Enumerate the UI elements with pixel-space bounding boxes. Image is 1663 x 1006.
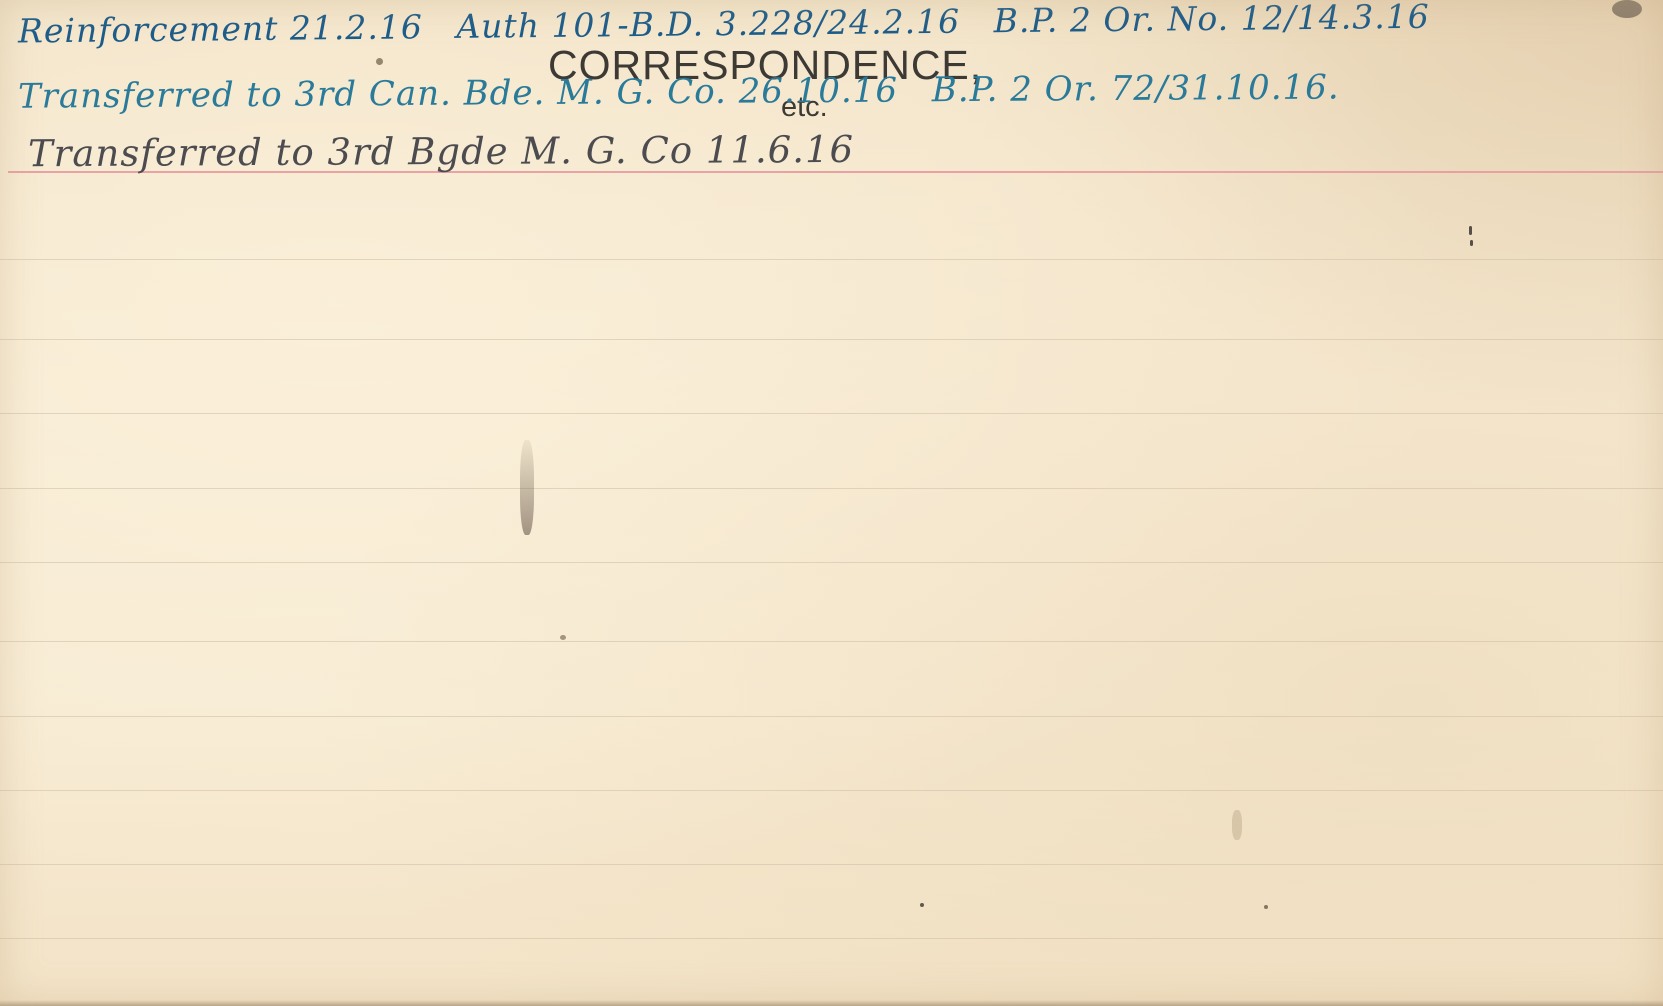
ruled-line — [0, 413, 1663, 414]
ruled-line — [0, 259, 1663, 260]
entry-text: Auth 101-B.D. 3.228/24.2.16 — [456, 2, 960, 46]
entry-text: B.P. 2 Or. No. 12/14.3.16 — [993, 0, 1430, 40]
handwritten-entry-transfer-teal: Transferred to 3rd Can. Bde. M. G. Co. 2… — [18, 67, 1362, 116]
handwritten-entry-transfer-pencil: Transferred to 3rd Bgde M. G. Co 11.6.16 — [28, 128, 876, 175]
ink-speck — [1264, 905, 1268, 909]
ink-speck — [920, 903, 924, 907]
ink-speck — [1232, 810, 1242, 840]
entry-text: Transferred to 3rd Bgde M. G. Co 11.6.16 — [28, 128, 854, 175]
entry-text: Reinforcement 21.2.16 — [18, 7, 423, 50]
ink-speck — [376, 58, 383, 65]
handwritten-entry-reinforcement: Reinforcement 21.2.16 Auth 101-B.D. 3.22… — [18, 0, 1452, 51]
corner-stain — [1612, 0, 1642, 18]
ruled-line — [0, 716, 1663, 717]
ruled-line — [0, 864, 1663, 865]
record-card: CORRESPONDENCE, etc. Reinforcement 21.2.… — [0, 0, 1663, 1006]
ruled-line — [0, 339, 1663, 340]
ink-speck — [1470, 240, 1473, 246]
ruled-line — [0, 641, 1663, 642]
ink-speck — [1469, 226, 1472, 235]
ruled-line — [0, 790, 1663, 791]
ruled-line — [0, 562, 1663, 563]
card-bottom-edge — [0, 1000, 1663, 1006]
entry-text: B.P. 2 Or. 72/31.10.16. — [932, 67, 1340, 110]
ruled-line — [0, 488, 1663, 489]
entry-text: Transferred to 3rd Can. Bde. M. G. Co. 2… — [18, 71, 898, 117]
ruled-line — [0, 938, 1663, 939]
ink-speck — [560, 635, 566, 640]
